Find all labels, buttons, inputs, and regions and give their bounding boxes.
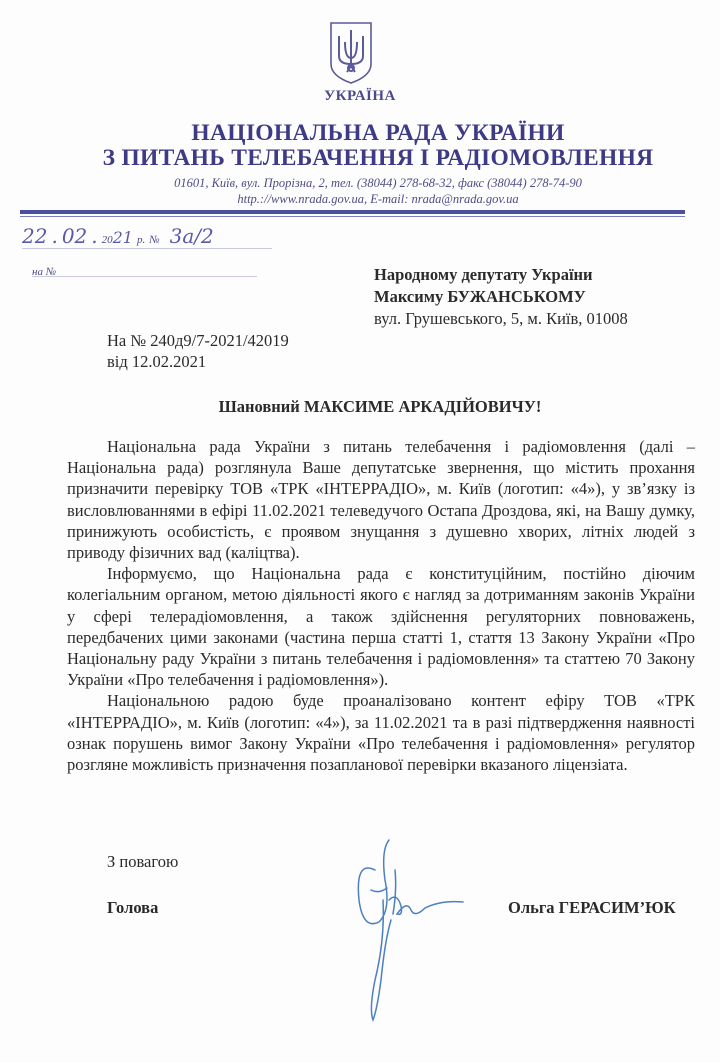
signer-position: Голова	[107, 898, 158, 918]
handwritten-signature-icon	[345, 830, 465, 1030]
org-title-line2: З ПИТАНЬ ТЕЛЕБАЧЕННЯ І РАДІОМОВЛЕННЯ	[18, 145, 720, 171]
salutation: Шановний МАКСИМЕ АРКАДІЙОВИЧУ!	[20, 397, 720, 417]
trident-coat-of-arms-icon	[327, 20, 375, 86]
contact-address: 01601, Київ, вул. Прорізна, 2, тел. (380…	[18, 175, 720, 191]
header-divider-thin	[20, 216, 685, 217]
country-label: УКРАЇНА	[0, 88, 720, 105]
reference-number: На № 240д9/7-2021/42019	[107, 330, 289, 351]
date-month: 02	[62, 224, 87, 248]
addressee-block: Народному депутату України Максиму БУЖАН…	[374, 264, 628, 330]
paragraph: Інформуємо, що Національна рада є консти…	[67, 563, 695, 690]
letter-body: Національна рада України з питань телеба…	[67, 436, 695, 775]
closing-regards: З повагою	[107, 852, 178, 872]
addressee-address: вул. Грушевського, 5, м. Київ, 01008	[374, 308, 628, 330]
date-year-prefix: 20	[102, 234, 113, 246]
reply-label: на №	[32, 266, 56, 278]
number-label: №	[149, 234, 159, 246]
paragraph: Національною радою буде проаналізовано к…	[67, 690, 695, 775]
header-divider-thick	[20, 210, 685, 214]
letter-page: УКРАЇНА НАЦІОНАЛЬНА РАДА УКРАЇНИ З ПИТАН…	[0, 0, 720, 1063]
date-year-suffix: 21	[113, 228, 133, 247]
signer-name: Ольга ГЕРАСИМ’ЮК	[508, 898, 676, 918]
reference-block: На № 240д9/7-2021/42019 від 12.02.2021	[107, 330, 289, 372]
org-title-line1: НАЦІОНАЛЬНА РАДА УКРАЇНИ	[18, 120, 720, 146]
contact-web: http.://www.nrada.gov.ua, E-mail: nrada@…	[18, 191, 720, 207]
outgoing-number-field: 22 . 02 . 2021 р. № 3а/2	[22, 224, 272, 249]
addressee-name: Максиму БУЖАНСЬКОМУ	[374, 287, 586, 306]
paragraph: Національна рада України з питань телеба…	[67, 436, 695, 563]
reference-date: від 12.02.2021	[107, 351, 289, 372]
reply-reference-field: на №	[32, 262, 257, 277]
addressee-title: Народному депутату України	[374, 265, 593, 284]
date-day: 22	[22, 224, 47, 248]
outgoing-number: 3а/2	[170, 224, 214, 248]
year-label: р.	[137, 234, 145, 246]
